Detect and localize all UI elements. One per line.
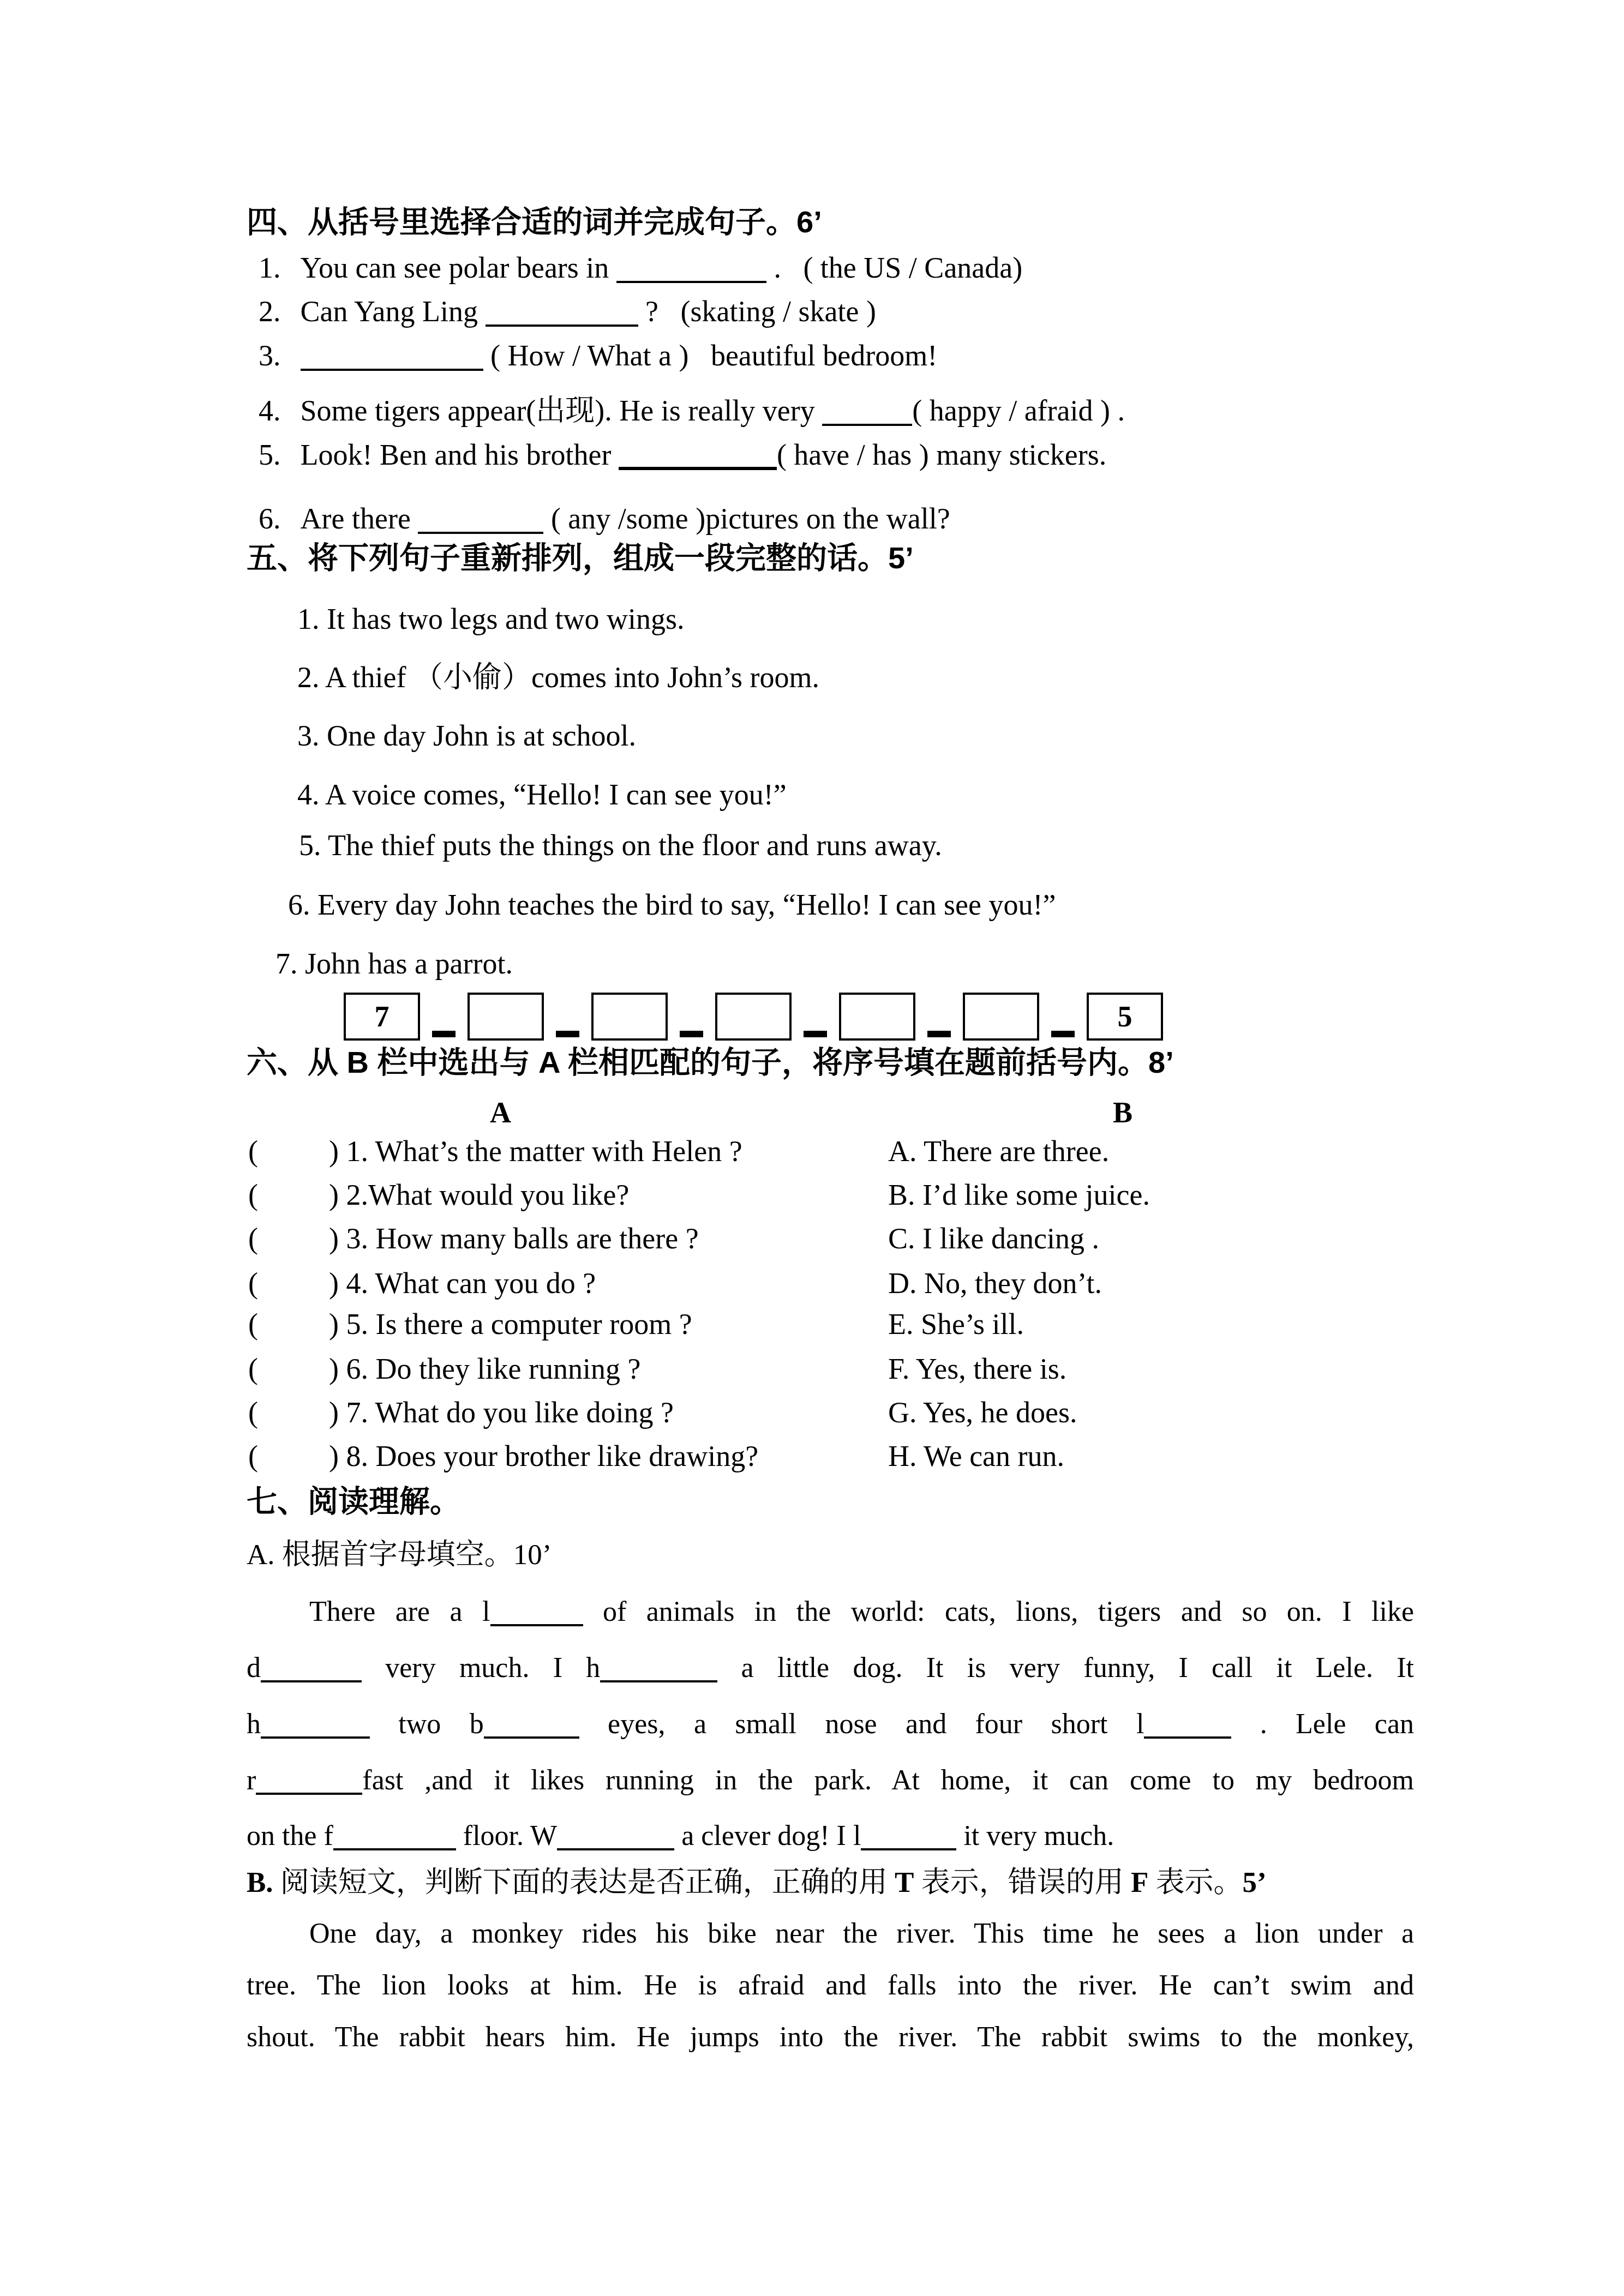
answer-blank [822, 424, 912, 426]
cloze-line-4: rfast ,and it likes running in the park.… [247, 1763, 1414, 1799]
item-text: You can see polar bears in [301, 251, 616, 284]
match-answer-4: D. No, they don’t. [888, 1265, 1102, 1301]
dash-separator [556, 1031, 579, 1037]
answer-blank [301, 369, 483, 371]
passage-text: r [247, 1765, 256, 1796]
answer-blank [619, 467, 777, 470]
item-number: 1. [259, 251, 281, 284]
title-segment: F [1131, 1867, 1148, 1898]
answer-blank [861, 1848, 956, 1850]
passage-text: d [247, 1652, 261, 1684]
match-question-6: () 6. Do they like running ? [248, 1351, 640, 1387]
match-question-5: () 5. Is there a computer room ? [248, 1306, 692, 1342]
passage-text: very much. I h [362, 1652, 600, 1684]
s5-sentence-5: 5. The thief puts the things on the floo… [299, 827, 942, 863]
sequence-box-2 [468, 993, 544, 1041]
dash-separator [927, 1031, 951, 1037]
match-answer-6: F. Yes, there is. [888, 1351, 1066, 1387]
title-segment: 阅读短文，判断下面的表达是否正确，正确的用 [280, 1867, 895, 1898]
column-b-label: B [1113, 1095, 1132, 1131]
question-text: ) 5. Is there a computer room ? [329, 1308, 692, 1341]
question-text: ) 3. How many balls are there ? [329, 1222, 699, 1255]
passage-text: eyes, a small nose and four short l [579, 1709, 1144, 1740]
item-text: Are there [301, 502, 418, 535]
match-question-3: () 3. How many balls are there ? [248, 1221, 699, 1257]
paren-open: ( [248, 1440, 258, 1472]
dash-separator [432, 1031, 456, 1037]
passage-text: on the f [247, 1820, 333, 1852]
passage-text: it very much. [956, 1820, 1114, 1852]
answer-blank [333, 1848, 456, 1850]
reading-line-2: tree. The lion looks at him. He is afrai… [247, 1968, 1414, 2004]
s4-item-2: 2.Can Yang Ling ? (skating / skate ) [259, 293, 876, 329]
item-text: Some tigers appear(出现). He is really ver… [301, 394, 823, 427]
question-text: ) 4. What can you do ? [329, 1267, 596, 1300]
s4-item-5: 5.Look! Ben and his brother ( have / has… [259, 437, 1106, 473]
sequence-box-7: 5 [1087, 993, 1163, 1041]
answer-blank [486, 324, 638, 327]
s5-sentence-2: 2. A thief （小偷）comes into John’s room. [297, 659, 819, 695]
s5-sentence-6: 6. Every day John teaches the bird to sa… [288, 887, 1056, 923]
answer-blank [261, 1680, 362, 1682]
match-question-8: () 8. Does your brother like drawing? [248, 1438, 758, 1474]
item-number: 4. [259, 394, 281, 427]
cloze-line-2: d very much. I h a little dog. It is ver… [247, 1650, 1414, 1686]
exam-paper-page: 四、从括号里选择合适的词并完成句子。6’ 1.You can see polar… [0, 0, 1624, 2296]
paren-open: ( [248, 1353, 258, 1385]
question-text: ) 1. What’s the matter with Helen ? [329, 1135, 742, 1168]
answer-blank [418, 532, 543, 534]
item-text: ( have / has ) many stickers. [777, 438, 1106, 471]
question-text: ) 6. Do they like running ? [329, 1353, 640, 1385]
item-text: ? (skating / skate ) [638, 295, 876, 328]
passage-text: There are a l [309, 1596, 490, 1627]
answer-blank [557, 1848, 674, 1850]
paren-open: ( [248, 1308, 258, 1341]
match-answer-3: C. I like dancing . [888, 1221, 1099, 1257]
cloze-line-1: There are a l of animals in the world: c… [247, 1594, 1414, 1630]
sequence-box-5 [839, 993, 915, 1041]
match-answer-7: G. Yes, he does. [888, 1395, 1077, 1431]
reading-line-1: One day, a monkey rides his bike near th… [247, 1916, 1414, 1952]
s4-item-6: 6.Are there ( any /some )pictures on the… [259, 501, 950, 537]
answer-blank [261, 1736, 370, 1739]
paren-open: ( [248, 1267, 258, 1300]
column-a-label: A [490, 1095, 511, 1131]
item-text: . ( the US / Canada) [766, 251, 1022, 284]
match-question-2: () 2.What would you like? [248, 1177, 629, 1213]
sequence-box-3 [591, 993, 668, 1041]
paren-open: ( [248, 1135, 258, 1168]
item-text: ( How / What a ) beautiful bedroom! [483, 339, 938, 372]
passage-text: floor. W [456, 1820, 557, 1852]
cloze-line-5: on the f floor. W a clever dog! I l it v… [247, 1818, 1414, 1854]
title-segment: 表示。 [1148, 1867, 1242, 1898]
paren-open: ( [248, 1396, 258, 1429]
dash-separator [680, 1031, 703, 1037]
s5-sentence-7: 7. John has a parrot. [275, 946, 513, 982]
item-text: ( any /some )pictures on the wall? [543, 502, 950, 535]
box-value: 5 [1118, 999, 1132, 1035]
match-question-1: () 1. What’s the matter with Helen ? [248, 1133, 742, 1169]
question-text: ) 8. Does your brother like drawing? [329, 1440, 758, 1472]
s4-item-3: 3. ( How / What a ) beautiful bedroom! [259, 338, 937, 374]
match-question-7: () 7. What do you like doing ? [248, 1395, 674, 1431]
s4-item-4: 4.Some tigers appear(出现). He is really v… [259, 393, 1125, 429]
title-segment: B. [247, 1867, 280, 1898]
match-answer-1: A. There are three. [888, 1133, 1109, 1169]
sequence-box-6 [963, 993, 1039, 1041]
section-6-title: 六、从 B 栏中选出与 A 栏相匹配的句子，将序号填在题前括号内。8’ [247, 1043, 1174, 1081]
item-text: Look! Ben and his brother [301, 438, 619, 471]
reading-line-3: shout. The rabbit hears him. He jumps in… [247, 2019, 1414, 2055]
section-7b-title: B. 阅读短文，判断下面的表达是否正确，正确的用 T 表示，错误的用 F 表示。… [247, 1865, 1267, 1901]
section-7-title: 七、阅读理解。 [247, 1482, 460, 1520]
sequence-box-4 [715, 993, 792, 1041]
answer-blank [1144, 1736, 1231, 1739]
dash-separator [804, 1031, 827, 1037]
sequence-box-1: 7 [344, 993, 420, 1041]
passage-text: . Lele can [1231, 1709, 1414, 1740]
match-answer-5: E. She’s ill. [888, 1306, 1024, 1342]
item-number: 3. [259, 339, 281, 372]
title-segment: T [895, 1867, 914, 1898]
answer-blank [490, 1624, 583, 1626]
passage-text: a clever dog! I l [674, 1820, 861, 1852]
answer-blank [256, 1793, 362, 1795]
passage-text: fast ,and it likes running in the park. … [362, 1765, 1414, 1796]
s5-sentence-3: 3. One day John is at school. [297, 718, 636, 754]
question-text: ) 7. What do you like doing ? [329, 1396, 674, 1429]
item-number: 6. [259, 502, 281, 535]
sequence-answer-row: 7 5 [344, 993, 1163, 1041]
paren-open: ( [248, 1179, 258, 1211]
passage-text: two b [370, 1709, 484, 1740]
dash-separator [1051, 1031, 1075, 1037]
s5-sentence-4: 4. A voice comes, “Hello! I can see you!… [297, 777, 787, 813]
item-number: 5. [259, 438, 281, 471]
passage-text: a little dog. It is very funny, I call i… [717, 1652, 1414, 1684]
s4-item-1: 1.You can see polar bears in . ( the US … [259, 250, 1022, 286]
passage-text: of animals in the world: cats, lions, ti… [583, 1596, 1414, 1627]
section-4-title: 四、从括号里选择合适的词并完成句子。6’ [247, 203, 822, 241]
paren-open: ( [248, 1222, 258, 1255]
passage-text: h [247, 1709, 261, 1740]
box-value: 7 [375, 999, 389, 1035]
match-answer-8: H. We can run. [888, 1438, 1064, 1474]
title-segment: 表示，错误的用 [914, 1867, 1131, 1898]
item-text: Can Yang Ling [301, 295, 486, 328]
cloze-line-3: h two b eyes, a small nose and four shor… [247, 1706, 1414, 1742]
match-answer-2: B. I’d like some juice. [888, 1177, 1150, 1213]
answer-blank [484, 1736, 579, 1739]
item-text: ( happy / afraid ) . [912, 394, 1125, 427]
s5-sentence-1: 1. It has two legs and two wings. [297, 601, 684, 637]
item-number: 2. [259, 295, 281, 328]
title-segment: 5’ [1243, 1867, 1267, 1898]
answer-blank [616, 281, 766, 283]
match-question-4: () 4. What can you do ? [248, 1265, 596, 1301]
question-text: ) 2.What would you like? [329, 1179, 629, 1211]
section-5-title: 五、将下列句子重新排列，组成一段完整的话。5’ [247, 539, 914, 577]
section-7a-title: A. 根据首字母填空。10’ [247, 1537, 552, 1573]
answer-blank [600, 1680, 717, 1682]
